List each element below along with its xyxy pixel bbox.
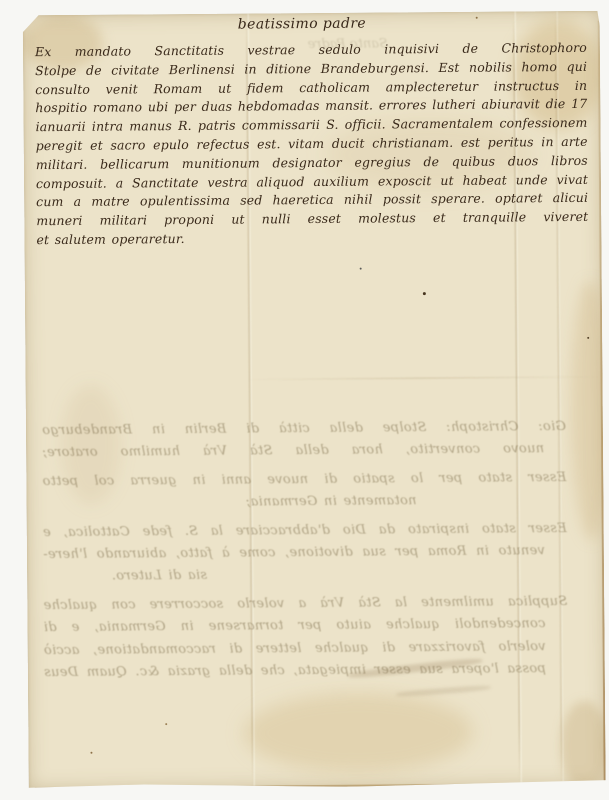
bleedthrough-line: notamente in Germania; bbox=[42, 489, 566, 516]
paper-edge bbox=[35, 783, 606, 789]
ink-speck bbox=[360, 268, 362, 270]
bleedthrough-text: Gio: Christoph: Stolpe della città di Be… bbox=[42, 416, 568, 691]
bleedthrough-line: Esser stato per lo spatio di nuove anni … bbox=[42, 467, 566, 494]
manuscript-line: et salutem operaretur. bbox=[36, 227, 588, 250]
ink-speck bbox=[90, 752, 92, 754]
fold-crease-horizontal bbox=[246, 376, 601, 381]
salutation: beatissimo padre bbox=[238, 14, 428, 33]
bleedthrough-paragraph: Gio: Christoph: Stolpe della città di Be… bbox=[42, 416, 566, 465]
manuscript-body: Ex mandato Sanctitatis vestrae sedulo in… bbox=[35, 39, 589, 250]
stain bbox=[243, 692, 474, 774]
scanner-background: beatissimo padre Santo Padre Ex mandato … bbox=[0, 0, 609, 800]
bleedthrough-paragraph: Esser stato inspirato da Dio d'abbraccia… bbox=[43, 518, 568, 589]
bleedthrough-paragraph: Esser stato per lo spatio di nuove anni … bbox=[42, 467, 566, 516]
ink-speck bbox=[476, 17, 478, 19]
bleedthrough-line: sia di Lutero. bbox=[43, 562, 567, 589]
ink-speck bbox=[165, 723, 167, 725]
bleedthrough-line: nuovo convertito, hora della Stà Vrà hum… bbox=[42, 438, 566, 465]
stain bbox=[560, 701, 609, 791]
ink-speck bbox=[587, 337, 589, 339]
bleedthrough-line: possa l'opera sua esser impiegata, che d… bbox=[44, 658, 568, 685]
manuscript-page: beatissimo padre Santo Padre Ex mandato … bbox=[23, 11, 606, 790]
bleedthrough-line: venuto in Roma per sua divotione, come à… bbox=[43, 540, 567, 567]
bleedthrough-paragraph: Supplica umilmente la Stà Vrà a volerlo … bbox=[43, 591, 568, 685]
ink-speck bbox=[423, 292, 426, 295]
